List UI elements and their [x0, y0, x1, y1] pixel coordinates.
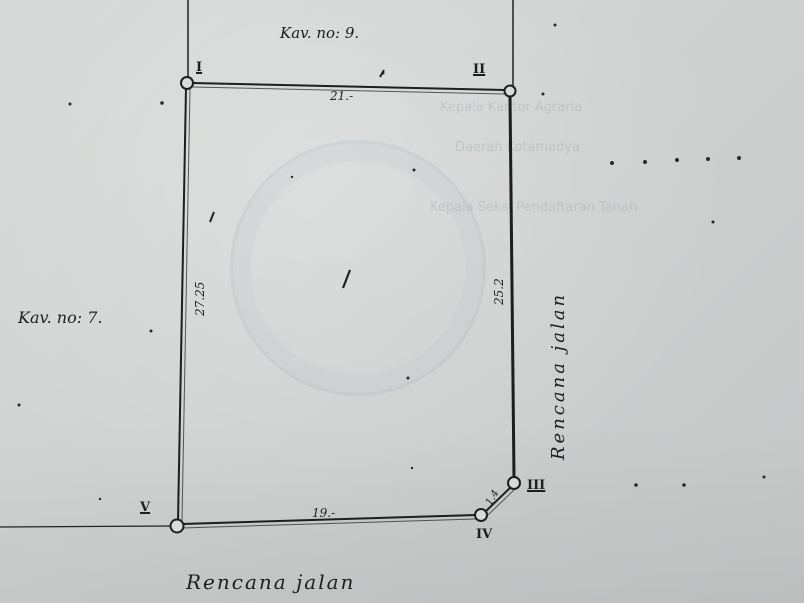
dimension-IV-V: 19.- [312, 506, 335, 520]
point-label-IV: IV [476, 527, 492, 542]
point-label-III: III [527, 478, 545, 493]
point-label-I: I [196, 60, 202, 75]
road-label-east: Rencana jalan [548, 292, 569, 460]
road-boundary-line [0, 526, 177, 527]
ink-stroke [343, 270, 350, 288]
neighbor-label-north: Kav. no: 9. [280, 24, 359, 42]
dimension-II-III: 25.2 [492, 278, 506, 305]
corner-point-II [505, 86, 516, 97]
corner-point-IV [475, 509, 487, 521]
road-label-south: Rencana jalan [186, 570, 355, 594]
dimension-I-II: 21.- [330, 89, 353, 103]
corner-point-V [171, 520, 184, 533]
dimension-V-I: 27.25 [193, 282, 207, 316]
parcel-plan [0, 0, 804, 603]
point-label-II: II [473, 62, 485, 77]
neighbor-label-west: Kav. no: 7. [18, 308, 102, 327]
corner-point-III [508, 477, 520, 489]
corner-point-I [181, 77, 193, 89]
point-label-V: V [140, 500, 150, 515]
